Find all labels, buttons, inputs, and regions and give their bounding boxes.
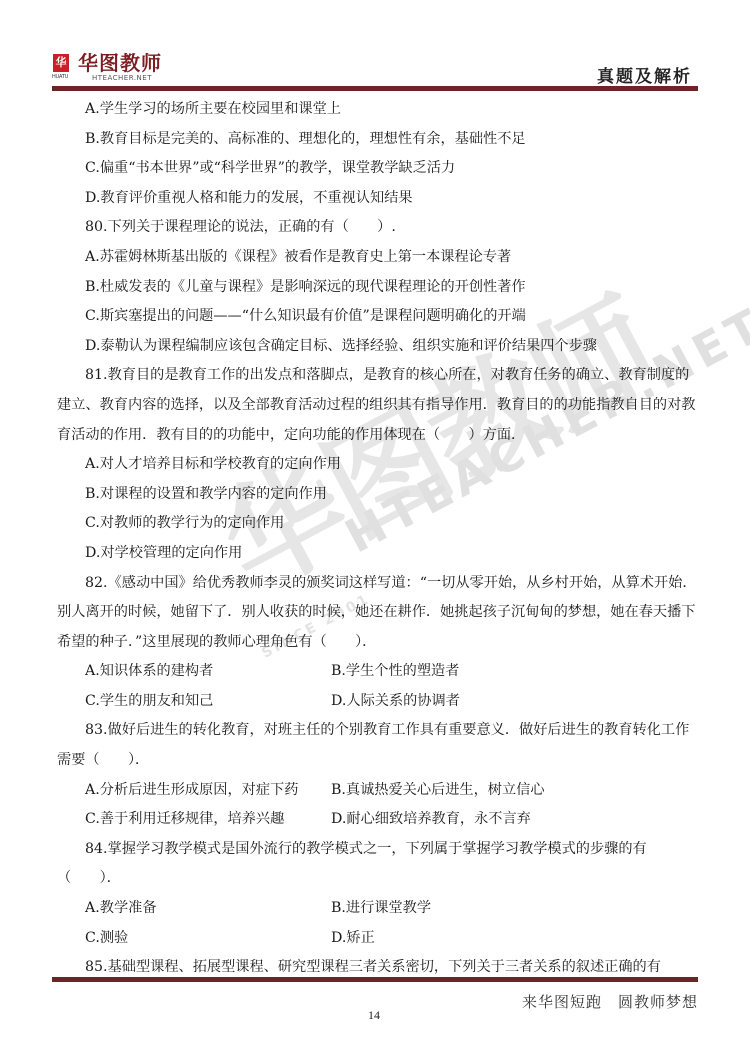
q84-options-row-1: A.教学准备 B.进行课堂教学 xyxy=(57,894,699,924)
logo-mark-icon: 华 HUATU xyxy=(52,52,70,82)
q84-option-d: D.矫正 xyxy=(331,924,375,954)
q81-stem: 81.教育目的是教育工作的出发点和落脚点，是教育的核心所在，对教育任务的确立、教… xyxy=(57,361,699,450)
q84-option-b: B.进行课堂教学 xyxy=(331,894,431,924)
q84-option-a: A.教学准备 xyxy=(85,894,331,924)
q82-option-b: B.学生个性的塑造者 xyxy=(331,657,459,687)
page-number: 14 xyxy=(368,1008,380,1023)
q80-option-d: D.泰勒认为课程编制应该包含确定目标、选择经验、组织实施和评价结果四个步骤 xyxy=(57,332,699,362)
q80-option-a: A.苏霍姆林斯基出版的《课程》被看作是教育史上第一本课程论专著 xyxy=(57,243,699,273)
q81-option-c: C.对教师的教学行为的定向作用 xyxy=(57,509,699,539)
page-header: 华 HUATU 华图教师 HTEACHER.NET 真题及解析 xyxy=(52,50,698,86)
q84-options-row-2: C.测验 D.矫正 xyxy=(57,924,699,954)
logo-english-name: HTEACHER.NET xyxy=(92,74,162,82)
q82-option-d: D.人际关系的协调者 xyxy=(331,687,460,717)
q79-option-b: B.教育目标是完美的、高标准的、理想化的，理想性有余，基础性不足 xyxy=(57,125,699,155)
q83-option-a: A.分析后进生形成原因，对症下药 xyxy=(85,776,331,806)
footer-slogan: 来华图短跑 圆教师梦想 xyxy=(522,991,698,1012)
q82-options-row-2: C.学生的朋友和知己 D.人际关系的协调者 xyxy=(57,687,699,717)
q83-option-d: D.耐心细致培养教育，永不言弃 xyxy=(331,805,531,835)
q80-stem: 80.下列关于课程理论的说法，正确的有（ ）. xyxy=(57,213,699,243)
q79-option-d: D.教育评价重视人格和能力的发展，不重视认知结果 xyxy=(57,184,699,214)
q84-stem: 84.掌握学习教学模式是国外流行的教学模式之一，下列属于掌握学习教学模式的步骤的… xyxy=(57,835,699,894)
q84-option-c: C.测验 xyxy=(85,924,331,954)
q82-stem: 82.《感动中国》给优秀教师李灵的颁奖词这样写道：“一切从零开始，从乡村开始，从… xyxy=(57,569,699,658)
q83-stem: 83.做好后进生的转化教育，对班主任的个别教育工作具有重要意义．做好后进生的教育… xyxy=(57,716,699,775)
q79-option-c: C.偏重“书本世界”或“科学世界”的教学，课堂教学缺乏活力 xyxy=(57,154,699,184)
logo-text: 华图教师 HTEACHER.NET xyxy=(78,52,162,82)
q81-option-d: D.对学校管理的定向作用 xyxy=(57,539,699,569)
q83-options-row-2: C.善于利用迁移规律，培养兴趣 D.耐心细致培养教育，永不言弃 xyxy=(57,805,699,835)
q82-options-row-1: A.知识体系的建构者 B.学生个性的塑造者 xyxy=(57,657,699,687)
q83-options-row-1: A.分析后进生形成原因，对症下药 B.真诚热爱关心后进生，树立信心 xyxy=(57,776,699,806)
q83-option-c: C.善于利用迁移规律，培养兴趣 xyxy=(85,805,331,835)
q83-option-b: B.真诚热爱关心后进生，树立信心 xyxy=(331,776,545,806)
q80-option-b: B.杜威发表的《儿童与课程》是影响深远的现代课程理论的开创性著作 xyxy=(57,273,699,303)
q82-option-a: A.知识体系的建构者 xyxy=(85,657,331,687)
q81-option-a: A.对人才培养目标和学校教育的定向作用 xyxy=(57,450,699,480)
q82-option-c: C.学生的朋友和知己 xyxy=(85,687,331,717)
header-title: 真题及解析 xyxy=(597,62,692,87)
logo-mark-glyph: 华 xyxy=(53,54,69,72)
document-body: A.学生学习的场所主要在校园里和课堂上 B.教育目标是完美的、高标准的、理想化的… xyxy=(57,95,699,983)
document-page: 华 HUATU 华图教师 HTEACHER.NET 真题及解析 华图教师 HTE… xyxy=(0,0,750,1061)
footer-divider xyxy=(52,977,698,982)
logo-mark-subtext: HUATU xyxy=(52,74,68,80)
brand-logo: 华 HUATU 华图教师 HTEACHER.NET xyxy=(52,52,162,82)
q81-option-b: B.对课程的设置和教学内容的定向作用 xyxy=(57,480,699,510)
q80-option-c: C.斯宾塞提出的问题——“什么知识最有价值”是课程问题明确化的开端 xyxy=(57,302,699,332)
header-divider xyxy=(52,86,698,91)
logo-chinese-name: 华图教师 xyxy=(78,52,162,74)
q79-option-a: A.学生学习的场所主要在校园里和课堂上 xyxy=(57,95,699,125)
